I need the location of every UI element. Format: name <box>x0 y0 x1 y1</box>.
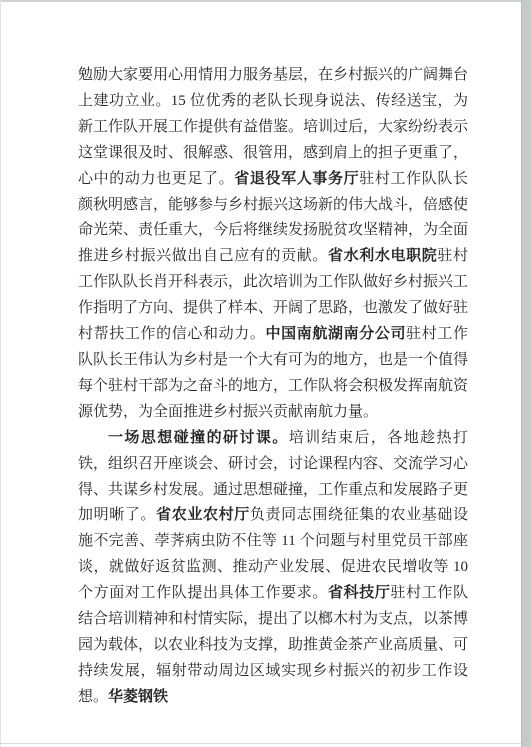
text-segment: 驻村工作队结合培训精神和村情实际，提出了以榔木村为支点，以茶博园为载体，以农业科… <box>78 585 468 705</box>
page-edge-left <box>0 0 1 747</box>
text-segment: 勉励大家要用心用情用力服务基层，在乡村振兴的广阔舞台上建功立业。15 位优秀的老… <box>78 67 468 187</box>
emphasized-text-segment: 省科技厅 <box>328 585 391 601</box>
document-page: 勉励大家要用心用情用力服务基层，在乡村振兴的广阔舞台上建功立业。15 位优秀的老… <box>0 0 531 747</box>
paragraph: 一场思想碰撞的研讨课。培训结束后，各地趁热打铁，组织召开座谈会、研讨会，讨论课程… <box>78 426 468 711</box>
page-edge-right <box>521 0 531 747</box>
emphasized-text-segment: 省农业农村厅 <box>156 507 250 523</box>
emphasized-text-segment: 华菱钢铁 <box>108 689 168 705</box>
page-edge-top <box>0 0 531 2</box>
paragraph: 勉励大家要用心用情用力服务基层，在乡村振兴的广阔舞台上建功立业。15 位优秀的老… <box>78 63 468 426</box>
page-edge-bottom <box>0 743 531 744</box>
emphasized-text-segment: 中国南航湖南分公司 <box>265 326 406 342</box>
emphasized-text-segment: 省水利水电职院 <box>328 248 437 264</box>
document-body: 勉励大家要用心用情用力服务基层，在乡村振兴的广阔舞台上建功立业。15 位优秀的老… <box>78 63 468 711</box>
emphasized-text-segment: 省退役军人事务厅 <box>234 171 359 187</box>
emphasized-text-segment: 一场思想碰撞的研讨课。 <box>108 430 289 446</box>
